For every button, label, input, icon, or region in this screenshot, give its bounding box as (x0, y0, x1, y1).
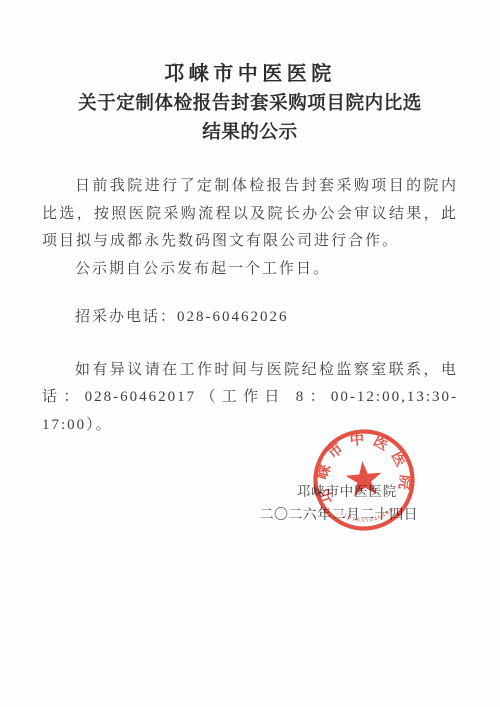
title-line-subject: 关于定制体检报告封套采购项目院内比选 (0, 90, 500, 120)
paragraph-publicity-period: 公示期自公示发布起一个工作日。 (42, 256, 458, 284)
paragraph-objection-contact: 如有异议请在工作时间与医院纪检监察室联系，电话：028-60462017（工作日… (42, 357, 458, 440)
signature-organization: 邛崃市中医医院 (297, 480, 397, 500)
signature-date: 二〇二六年二月二十四日 (260, 504, 418, 524)
document-title: 邛崃市中医医院 关于定制体检报告封套采购项目院内比选 结果的公示 (0, 60, 500, 149)
paragraph-selection-result: 日前我院进行了定制体检报告封套采购项目的院内比选，按照医院采购流程以及院长办公会… (42, 173, 458, 256)
document-body: 日前我院进行了定制体检报告封套采购项目的院内比选，按照医院采购流程以及院长办公会… (42, 173, 458, 439)
title-line-result: 结果的公示 (0, 119, 500, 149)
title-line-hospital: 邛崃市中医医院 (0, 60, 500, 90)
paragraph-procurement-phone: 招采办电话：028-60462026 (42, 304, 458, 332)
announcement-page: 邛崃市中医医院 关于定制体检报告封套采购项目院内比选 结果的公示 日前我院进行了… (0, 0, 500, 707)
